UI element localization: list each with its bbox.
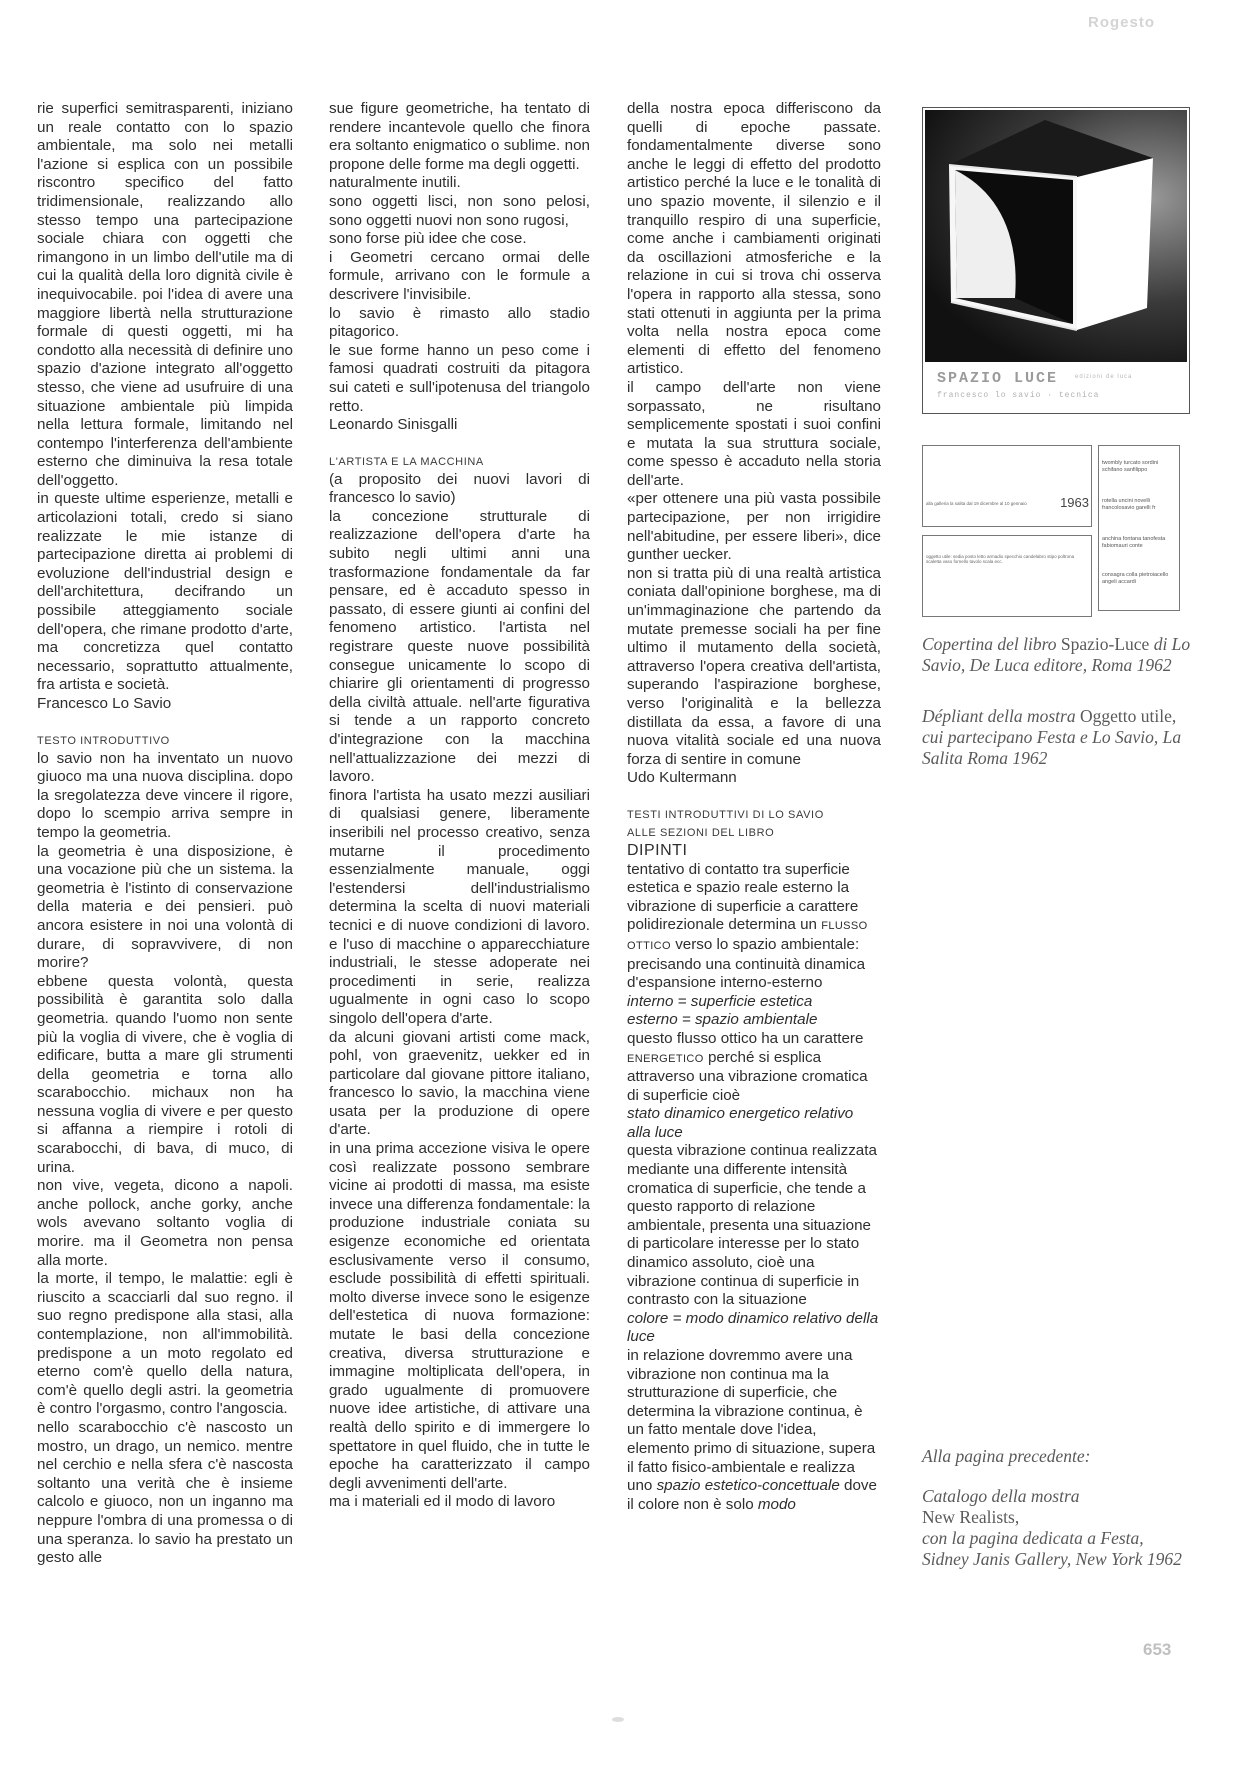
caption-roman: Oggetto utile, — [1080, 706, 1176, 726]
paragraph: «per ottenere una più vasta possibile pa… — [627, 490, 881, 564]
paragraph: la concezione strutturale di realizzazio… — [329, 508, 590, 787]
paragraph: finora l'artista ha usato mezzi ausiliar… — [329, 787, 590, 1029]
poem-italic: modo — [758, 1496, 796, 1513]
paragraph: rie superfici semitrasparenti, iniziano … — [37, 100, 293, 490]
paragraph: (a proposito dei nuovi lavori di frances… — [329, 471, 590, 508]
section-heading-testi-introduttivi: Testi introduttivi di Lo Savio — [627, 806, 881, 824]
depliant-artists: consagra colla pietroiacello angeli acca… — [1102, 572, 1178, 585]
depliant-panel-artists: twombly turcato sordini schifano sanfili… — [1098, 445, 1180, 611]
caption-book-cover: Copertina del libro Spazio-Luce di Lo Sa… — [922, 634, 1192, 676]
paragraph: nello scarabocchio c'è nascosto un mostr… — [37, 1419, 293, 1568]
paragraph: ebbene questa volontà, questa possibilit… — [37, 973, 293, 1178]
paragraph: sue figure geometriche, ha tentato di re… — [329, 100, 590, 174]
text-column-1: rie superfici semitrasparenti, iniziano … — [37, 100, 293, 1568]
caption-roman: New Realists, — [922, 1507, 1019, 1527]
section-heading-artista-macchina: L'artista e la macchina — [329, 453, 590, 471]
paragraph: i Geometri cercano ormai delle formule, … — [329, 249, 590, 305]
caption-italic: Copertina del libro — [922, 634, 1057, 654]
depliant-artists: rotella uncini novelli francolosavio gar… — [1102, 498, 1178, 511]
caption-catalog-new-realists: Catalogo della mostra New Realists, con … — [922, 1486, 1192, 1570]
poem-text: questo flusso ottico ha un carattere — [627, 1030, 863, 1047]
poem-italic: colore = modo dinamico relativo della lu… — [627, 1310, 878, 1346]
caption-italic: Catalogo della mostra — [922, 1486, 1080, 1506]
paragraph: lo savio non ha inventato un nuovo giuoc… — [37, 750, 293, 843]
section-heading-testo-introduttivo: Testo introduttivo — [37, 732, 293, 750]
paragraph: lo savio è rimasto allo stadio pitagoric… — [329, 305, 590, 342]
signature-lo-savio: Francesco Lo Savio — [37, 695, 293, 714]
depliant-gallery-line: alla galleria la salita dal 19 dicembre … — [926, 501, 1046, 506]
caption-italic: cui partecipano Festa e Lo Savio, La Sal… — [922, 727, 1181, 768]
text-column-2: sue figure geometriche, ha tentato di re… — [329, 100, 590, 1512]
figure-depliant-oggetto-utile: alla galleria la salita dal 19 dicembre … — [920, 443, 1180, 618]
signature-kultermann: Udo Kultermann — [627, 769, 881, 788]
depliant-artists: twombly turcato sordini schifano sanfili… — [1102, 460, 1178, 473]
cover-title-band: SPAZIO LUCE edizioni de luca francesco l… — [925, 363, 1187, 411]
paragraph: sono forse più idee che cose. — [329, 230, 590, 249]
paragraph: non vive, vegeta, dicono a napoli. anche… — [37, 1177, 293, 1270]
figure-book-cover-spazio-luce: SPAZIO LUCE edizioni de luca francesco l… — [922, 107, 1190, 414]
poem-smallcaps: energetico — [627, 1053, 704, 1065]
depliant-year: 1963 — [1060, 495, 1089, 510]
paragraph: il campo dell'arte non viene sorpassato,… — [627, 379, 881, 491]
poem-text: in relazione dovremmo avere una vibrazio… — [627, 1347, 875, 1494]
cover-title-small: edizioni de luca — [1075, 374, 1132, 380]
depliant-artists: anchina fontana tanofesta fabiomauri con… — [1102, 536, 1178, 549]
print-speck — [612, 1717, 624, 1722]
poem-italic: esterno = spazio ambientale — [627, 1011, 817, 1028]
text-column-3: della nostra epoca differiscono da quell… — [627, 100, 881, 1514]
caption-depliant: Dépliant della mostra Oggetto utile, cui… — [922, 706, 1192, 769]
caption-italic: Dépliant della mostra — [922, 706, 1076, 726]
paragraph: da alcuni giovani artisti come mack, poh… — [329, 1029, 590, 1141]
cover-subtitle: francesco lo savio · tecnica — [937, 391, 1099, 400]
paragraph: in una prima accezione visiva le opere c… — [329, 1140, 590, 1493]
paragraph: le sue forme hanno un peso come i famosi… — [329, 342, 590, 416]
caption-roman: Spazio-Luce — [1061, 634, 1149, 654]
paragraph: non si tratta più di una realtà artistic… — [627, 565, 881, 770]
depliant-objects-line: oggetto utile: sedia posto letto armadio… — [926, 554, 1090, 564]
paragraph: la geometria è una disposizione, è una v… — [37, 843, 293, 973]
depliant-panel-gallery: alla galleria la salita dal 19 dicembre … — [922, 445, 1092, 527]
poem-text: questa vibrazione continua realizzata me… — [627, 1142, 877, 1308]
caption-italic: con la pagina dedicata a Festa, Sidney J… — [922, 1528, 1182, 1569]
paragraph: sono oggetti lisci, non sono pelosi, son… — [329, 193, 590, 230]
paragraph: naturalmente inutili. — [329, 174, 590, 193]
page-number: 653 — [1143, 1640, 1171, 1660]
poem-italic: interno = superficie estetica — [627, 993, 812, 1010]
cube-illustration-icon — [925, 110, 1187, 362]
signature-sinisgalli: Leonardo Sinisgalli — [329, 416, 590, 435]
subheading-dipinti: Dipinti — [627, 842, 881, 861]
cube-photo — [925, 110, 1187, 362]
paragraph: la morte, il tempo, le malattie: egli è … — [37, 1270, 293, 1419]
depliant-panel-objects: oggetto utile: sedia posto letto armadio… — [922, 535, 1092, 617]
running-head: Rogesto — [1088, 14, 1155, 31]
paragraph: ma i materiali ed il modo di lavoro — [329, 1493, 590, 1512]
poem-italic: stato dinamico energetico relativo alla … — [627, 1105, 853, 1141]
section-heading-sezioni-libro: alle sezioni del libro — [627, 824, 881, 842]
paragraph: della nostra epoca differiscono da quell… — [627, 100, 881, 379]
paragraph: in queste ultime esperienze, metalli e a… — [37, 490, 293, 695]
caption-previous-page-label: Alla pagina precedente: — [922, 1446, 1192, 1467]
cover-title: SPAZIO LUCE — [937, 370, 1058, 387]
poem-italic: spazio estetico-concettuale — [657, 1477, 840, 1494]
poem-block: tentativo di contatto tra superficie est… — [627, 861, 881, 1515]
